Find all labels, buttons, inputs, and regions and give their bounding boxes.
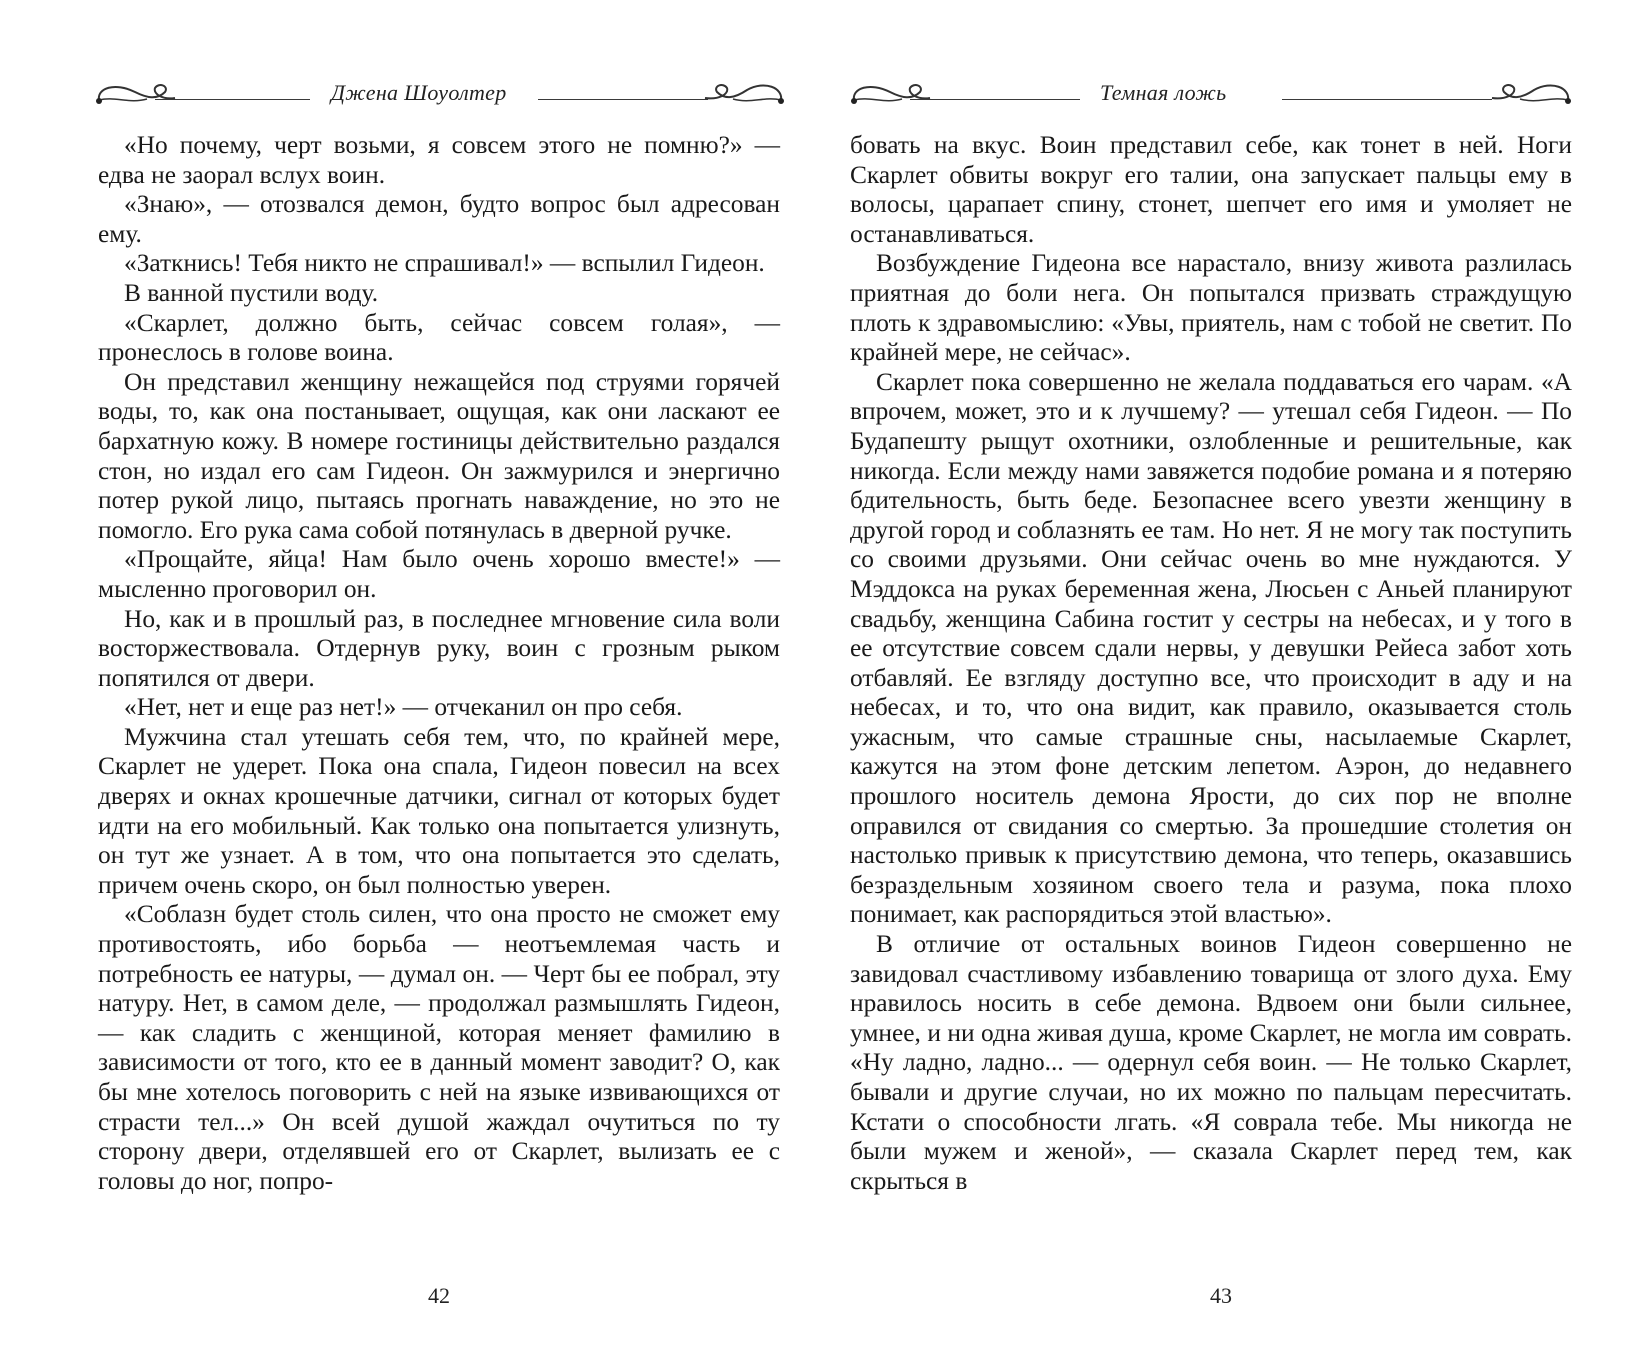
running-head-title: Темная ложь [1100,80,1226,106]
flourish-ornament-icon [850,74,950,108]
body-text: бовать на вкус. Воин представил себе, ка… [850,131,1572,1196]
left-page: Джена Шоуолтер «Но почему, черт возьми, … [0,0,820,1362]
header-rule [538,99,708,100]
paragraph: В ванной пустили воду. [98,279,780,309]
paragraph: Но, как и в прошлый раз, в последнее мгн… [98,605,780,694]
paragraph: «Скарлет, должно быть, сейчас совсем гол… [98,309,780,368]
paragraph: «Заткнись! Тебя никто не спрашивал!» — в… [98,249,780,279]
right-page: Темная ложь бовать на вкус. Воин предста… [820,0,1642,1362]
header-rule [910,99,1080,100]
header-rule [155,99,310,100]
paragraph: «Но почему, черт возьми, я совсем этого … [98,131,780,190]
paragraph: «Соблазн будет столь силен, что она прос… [98,900,780,1196]
page-number: 43 [1210,1283,1232,1309]
paragraph: Возбуждение Гидеона все нарастало, внизу… [850,249,1572,367]
paragraph: Скарлет пока совершенно не желала поддав… [850,368,1572,930]
flourish-ornament-icon [1472,74,1572,108]
paragraph: «Прощайте, яйца! Нам было очень хорошо в… [98,545,780,604]
paragraph: В отличие от остальных воинов Гидеон сов… [850,930,1572,1196]
running-head-title: Джена Шоуолтер [331,80,507,106]
body-text: «Но почему, черт возьми, я совсем этого … [98,131,780,1196]
flourish-ornament-icon [685,74,785,108]
running-head-left: Джена Шоуолтер [95,72,785,112]
paragraph: Он представил женщину нежащейся под стру… [98,368,780,546]
flourish-ornament-icon [95,74,195,108]
paragraph-continuation: бовать на вкус. Воин представил себе, ка… [850,131,1572,249]
running-head-right: Темная ложь [850,72,1572,112]
paragraph: «Нет, нет и еще раз нет!» — отчеканил он… [98,693,780,723]
paragraph: Мужчина стал утешать себя тем, что, по к… [98,723,780,901]
page-number: 42 [428,1283,450,1309]
paragraph: «Знаю», — отозвался демон, будто вопрос … [98,190,780,249]
header-rule [1282,99,1492,100]
